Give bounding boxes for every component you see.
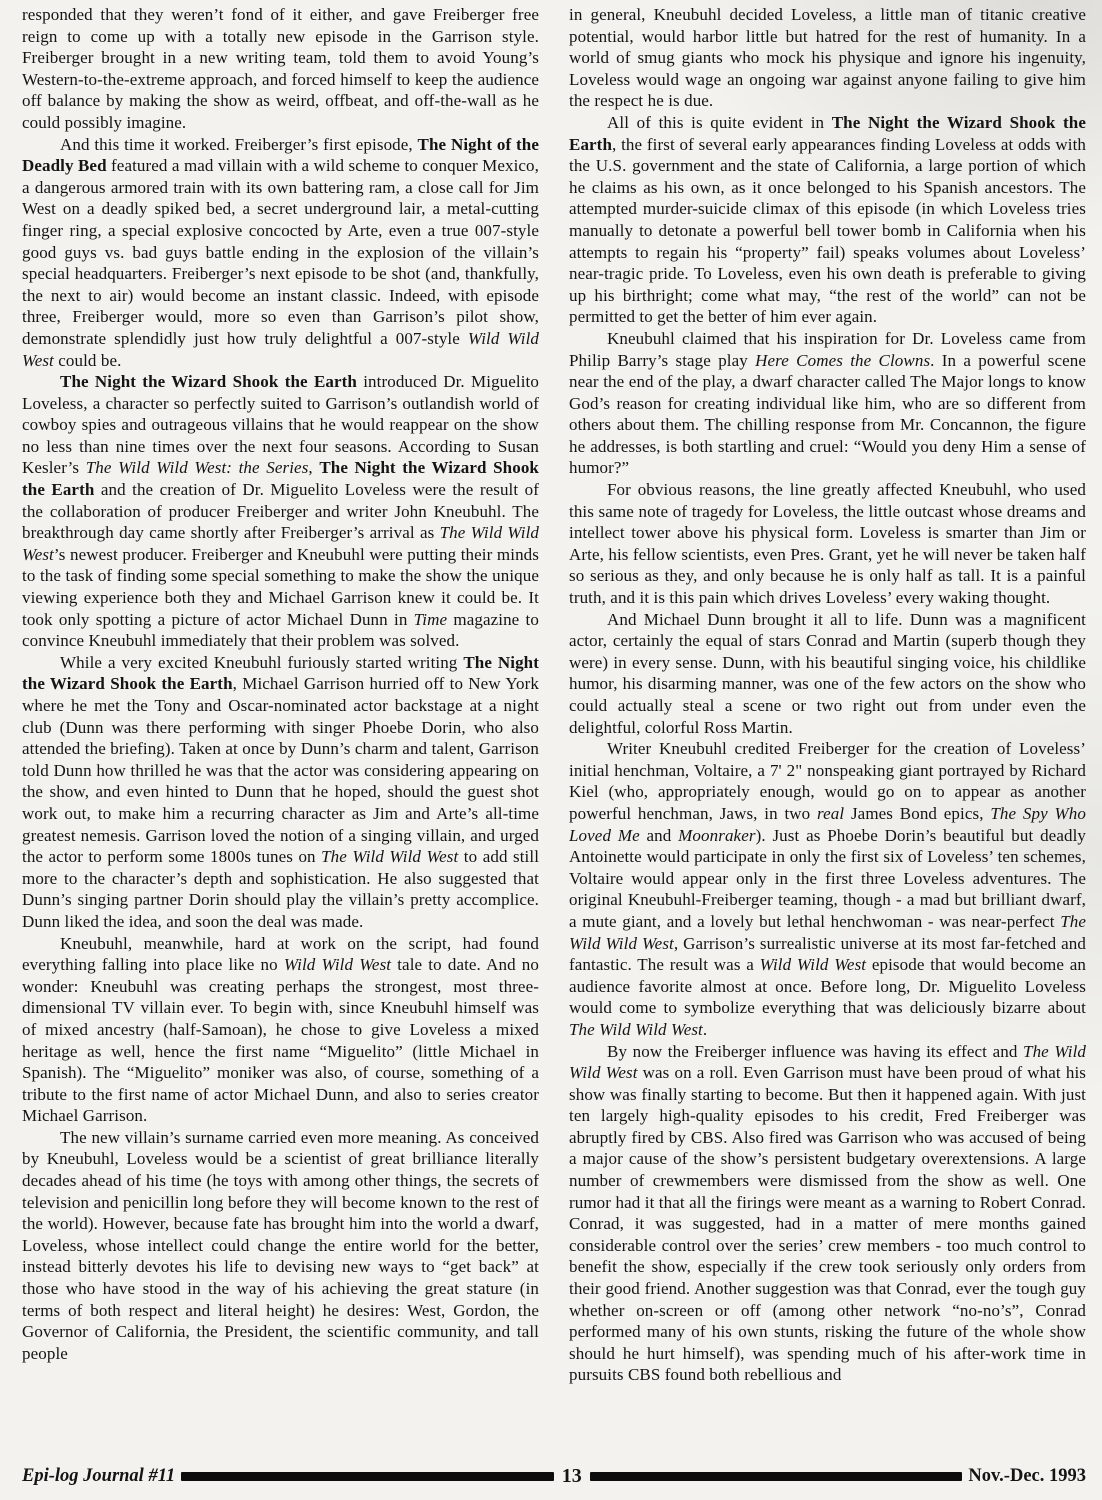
paragraph: Writer Kneubuhl credited Freiberger for … bbox=[569, 738, 1086, 1040]
issue-date: Nov.-Dec. 1993 bbox=[968, 1466, 1086, 1487]
article-column-left: responded that they weren’t fond of it e… bbox=[22, 4, 539, 1456]
text-run: For obvious reasons, the line greatly af… bbox=[569, 480, 1086, 607]
text-run: , the first of several early appearances… bbox=[569, 135, 1086, 327]
paragraph: And Michael Dunn brought it all to life.… bbox=[569, 609, 1086, 739]
paragraph: responded that they weren’t fond of it e… bbox=[22, 4, 539, 134]
text-run: The Night the Wizard Shook the Earth bbox=[60, 372, 357, 391]
page-footer: Epi-log Journal #11 13 Nov.-Dec. 1993 bbox=[22, 1464, 1086, 1488]
text-run: And Michael Dunn brought it all to life.… bbox=[569, 610, 1086, 737]
text-run: tale to date. And no wonder: Kneubuhl wa… bbox=[22, 955, 539, 1125]
text-run: . bbox=[703, 1020, 707, 1039]
text-run: and bbox=[640, 826, 678, 845]
text-run: Wild Wild West bbox=[284, 955, 391, 974]
paragraph: By now the Freiberger influence was havi… bbox=[569, 1041, 1086, 1387]
article-body: responded that they weren’t fond of it e… bbox=[22, 4, 1086, 1456]
paragraph: The Night the Wizard Shook the Earth int… bbox=[22, 371, 539, 652]
text-run: The Wild Wild West: the Series bbox=[86, 458, 309, 477]
paragraph: Kneubuhl, meanwhile, hard at work on the… bbox=[22, 933, 539, 1127]
paragraph: in general, Kneubuhl decided Loveless, a… bbox=[569, 4, 1086, 112]
text-run: featured a mad villain with a wild schem… bbox=[22, 156, 539, 348]
text-run: Moonraker bbox=[678, 826, 755, 845]
text-run: The Wild Wild West bbox=[321, 847, 458, 866]
text-run: , bbox=[308, 458, 319, 477]
paragraph: All of this is quite evident in The Nigh… bbox=[569, 112, 1086, 328]
text-run: James Bond epics, bbox=[844, 804, 990, 823]
article-column-right: in general, Kneubuhl decided Loveless, a… bbox=[569, 4, 1086, 1456]
paragraph: The new villain’s surname carried even m… bbox=[22, 1127, 539, 1365]
paragraph: And this time it worked. Freiberger’s fi… bbox=[22, 134, 539, 372]
text-run: By now the Freiberger influence was havi… bbox=[607, 1042, 1023, 1061]
text-run: Here Comes the Clowns bbox=[755, 351, 930, 370]
paragraph: Kneubuhl claimed that his inspiration fo… bbox=[569, 328, 1086, 479]
journal-title: Epi-log Journal #11 bbox=[22, 1466, 175, 1487]
text-run: , Michael Garrison hurried off to New Yo… bbox=[22, 674, 539, 866]
text-run: The new villain’s surname carried even m… bbox=[22, 1128, 539, 1363]
magazine-page: responded that they weren’t fond of it e… bbox=[0, 0, 1102, 1500]
text-run: The Wild Wild West bbox=[569, 1020, 703, 1039]
text-run: All of this is quite evident in bbox=[607, 113, 832, 132]
paragraph: For obvious reasons, the line greatly af… bbox=[569, 479, 1086, 609]
text-run: And this time it worked. Freiberger’s fi… bbox=[60, 135, 418, 154]
text-run: was on a roll. Even Garrison must have b… bbox=[569, 1063, 1086, 1384]
text-run: could be. bbox=[54, 351, 122, 370]
text-run: Time bbox=[414, 610, 447, 629]
footer-rule-right bbox=[590, 1472, 963, 1481]
text-run: While a very excited Kneubuhl furiously … bbox=[60, 653, 463, 672]
paragraph: While a very excited Kneubuhl furiously … bbox=[22, 652, 539, 933]
text-run: Wild Wild West bbox=[760, 955, 866, 974]
text-run: responded that they weren’t fond of it e… bbox=[22, 5, 539, 132]
text-run: real bbox=[817, 804, 844, 823]
page-number: 13 bbox=[560, 1465, 584, 1488]
text-run: in general, Kneubuhl decided Loveless, a… bbox=[569, 5, 1086, 110]
footer-rule-left bbox=[181, 1472, 554, 1481]
